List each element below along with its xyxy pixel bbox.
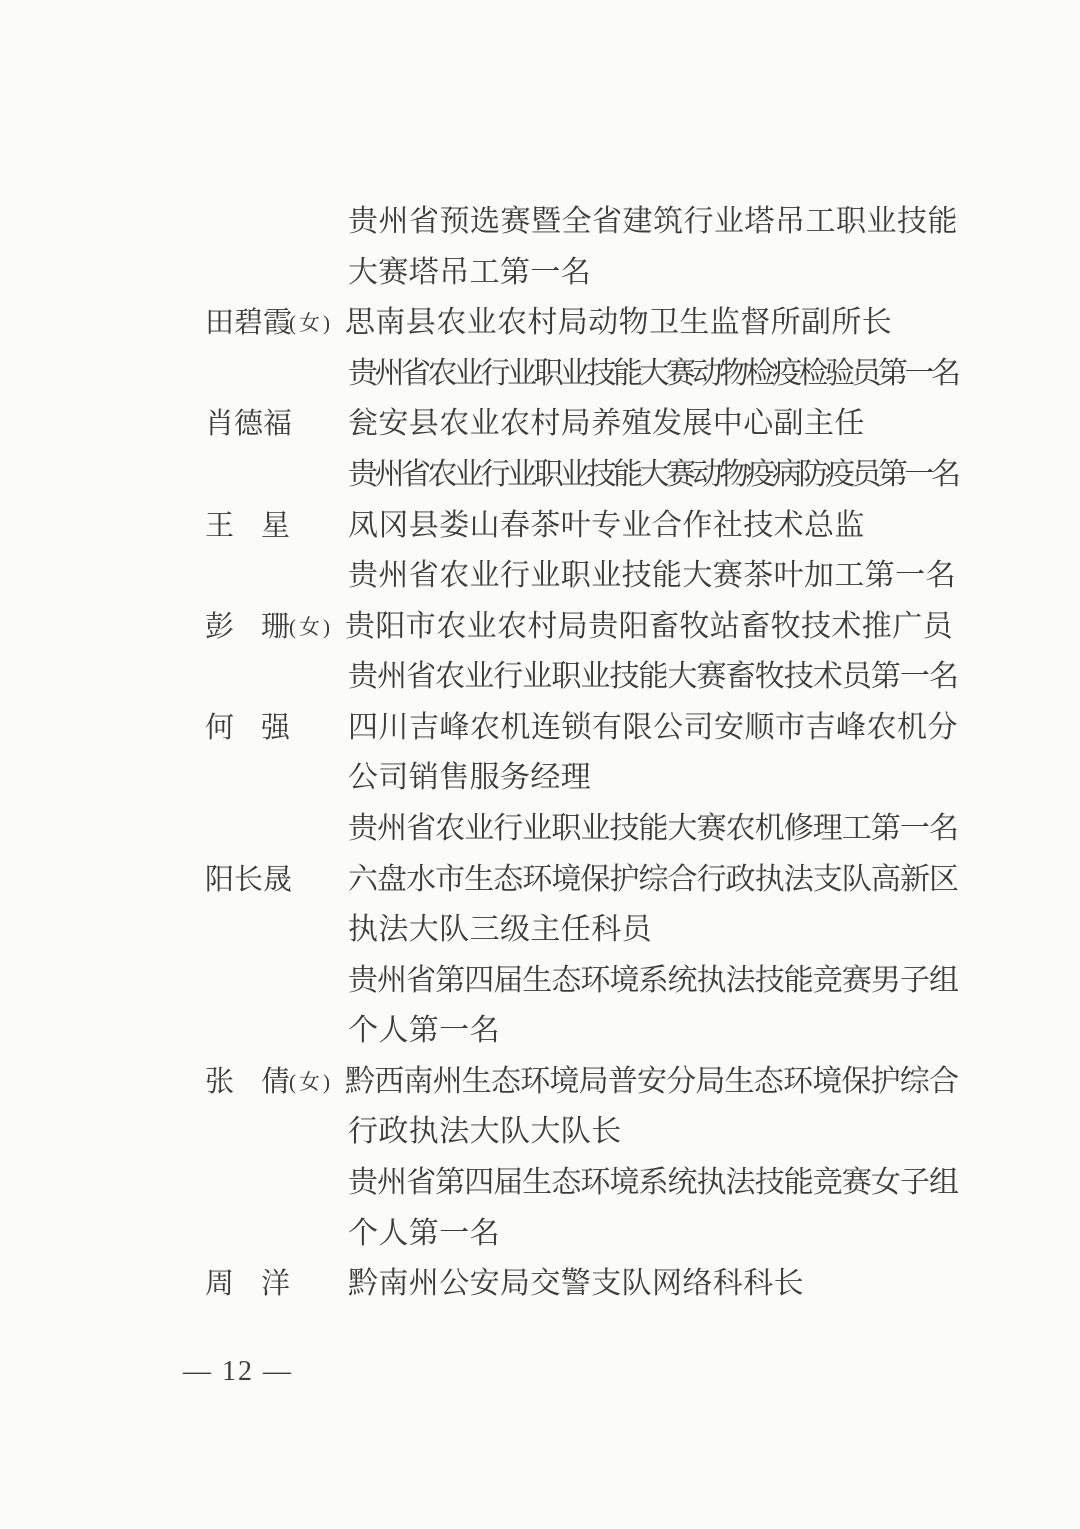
awardee-row: 肖德福 瓮安县农业农村局养殖发展中心副主任 xyxy=(0,403,1080,445)
awardee-row: 阳长晟 六盘水市生态环境保护综合行政执法支队高新区 xyxy=(0,859,1080,901)
awardee-name: 田碧霞 xyxy=(205,302,290,344)
award-line: 贵州省农业行业职业技能大赛动物疫病防疫员第一名 xyxy=(348,454,958,496)
award-line: 个人第一名 xyxy=(348,1010,958,1052)
gender-note: (女) xyxy=(289,1061,343,1103)
awardee-row: 周洋 黔南州公安局交警支队网络科科长 xyxy=(0,1263,1080,1305)
position-line: 公司销售服务经理 xyxy=(348,757,958,799)
award-row: 个人第一名 xyxy=(0,1213,1080,1255)
position-line: 六盘水市生态环境保护综合行政执法支队高新区 xyxy=(348,859,958,901)
position-line: 思南县农业农村局动物卫生监督所副所长 xyxy=(345,302,958,344)
position-line: 黔西南州生态环境局普安分局生态环境保护综合 xyxy=(345,1061,958,1103)
position-row: 行政执法大队大队长 xyxy=(0,1111,1080,1153)
position-line: 凤冈县娄山春茶叶专业合作社技术总监 xyxy=(348,505,958,547)
award-line: 贵州省农业行业职业技能大赛茶叶加工第一名 xyxy=(348,555,958,597)
award-row: 贵州省第四届生态环境系统执法技能竞赛男子组 xyxy=(0,960,1080,1002)
position-row: 执法大队三级主任科员 xyxy=(0,909,1080,951)
position-line: 四川吉峰农机连锁有限公司安顺市吉峰农机分 xyxy=(348,707,958,749)
award-row: 贵州省农业行业职业技能大赛农机修理工第一名 xyxy=(0,808,1080,850)
awardee-row: 何强 四川吉峰农机连锁有限公司安顺市吉峰农机分 xyxy=(0,707,1080,749)
awardee-name: 王星 xyxy=(205,505,290,547)
awardee-name: 张倩 xyxy=(205,1061,290,1103)
award-row: 贵州省农业行业职业技能大赛动物检疫检验员第一名 xyxy=(0,353,1080,395)
position-line: 执法大队三级主任科员 xyxy=(348,909,958,951)
gender-note: (女) xyxy=(289,606,343,648)
awardee-name: 阳长晟 xyxy=(205,859,290,901)
position-line: 贵阳市农业农村局贵阳畜牧站畜牧技术推广员 xyxy=(345,606,958,648)
award-row: 贵州省第四届生态环境系统执法技能竞赛女子组 xyxy=(0,1162,1080,1204)
award-line: 贵州省第四届生态环境系统执法技能竞赛男子组 xyxy=(348,960,958,1002)
page-number: — 12 — xyxy=(183,1352,293,1392)
award-line: 个人第一名 xyxy=(348,1213,958,1255)
award-row: 个人第一名 xyxy=(0,1010,1080,1052)
award-line: 贵州省农业行业职业技能大赛农机修理工第一名 xyxy=(348,808,958,850)
awardee-row: 田碧霞 (女) 思南县农业农村局动物卫生监督所副所长 xyxy=(0,302,1080,344)
award-line: 贵州省预选赛暨全省建筑行业塔吊工职业技能 xyxy=(348,201,958,243)
awardee-name: 彭珊 xyxy=(205,606,290,648)
awardee-row: 彭珊 (女) 贵阳市农业农村局贵阳畜牧站畜牧技术推广员 xyxy=(0,606,1080,648)
awardee-name: 肖德福 xyxy=(205,403,290,445)
award-line: 贵州省农业行业职业技能大赛畜牧技术员第一名 xyxy=(348,656,958,698)
awardee-row: 张倩 (女) 黔西南州生态环境局普安分局生态环境保护综合 xyxy=(0,1061,1080,1103)
award-line: 贵州省第四届生态环境系统执法技能竞赛女子组 xyxy=(348,1162,958,1204)
awardee-row: 王星 凤冈县娄山春茶叶专业合作社技术总监 xyxy=(0,505,1080,547)
award-row: 大赛塔吊工第一名 xyxy=(0,252,1080,294)
gender-note: (女) xyxy=(289,302,343,344)
award-row: 贵州省预选赛暨全省建筑行业塔吊工职业技能 xyxy=(0,201,1080,243)
award-row: 贵州省农业行业职业技能大赛茶叶加工第一名 xyxy=(0,555,1080,597)
position-line: 行政执法大队大队长 xyxy=(348,1111,958,1153)
document-page: 贵州省预选赛暨全省建筑行业塔吊工职业技能 大赛塔吊工第一名 田碧霞 (女) 思南… xyxy=(0,0,1080,1529)
award-line: 大赛塔吊工第一名 xyxy=(348,252,958,294)
position-row: 公司销售服务经理 xyxy=(0,757,1080,799)
award-line: 贵州省农业行业职业技能大赛动物检疫检验员第一名 xyxy=(348,353,958,395)
awardee-name: 何强 xyxy=(205,707,290,749)
position-line: 黔南州公安局交警支队网络科科长 xyxy=(348,1263,958,1305)
awardee-name: 周洋 xyxy=(205,1263,290,1305)
award-row: 贵州省农业行业职业技能大赛动物疫病防疫员第一名 xyxy=(0,454,1080,496)
position-line: 瓮安县农业农村局养殖发展中心副主任 xyxy=(348,403,958,445)
award-row: 贵州省农业行业职业技能大赛畜牧技术员第一名 xyxy=(0,656,1080,698)
